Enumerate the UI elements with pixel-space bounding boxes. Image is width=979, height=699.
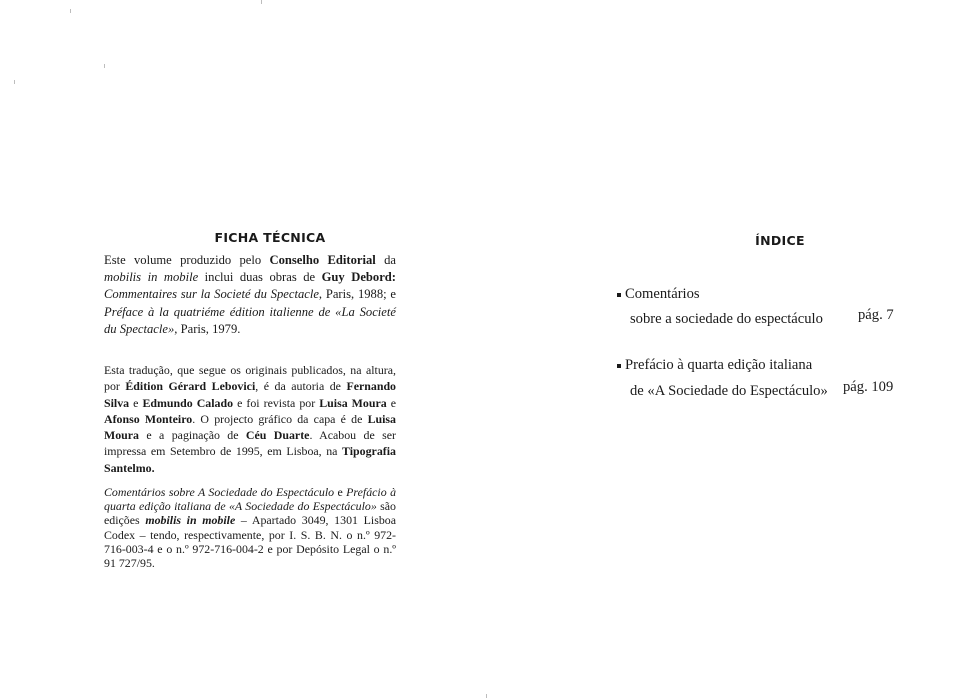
scan-speck bbox=[261, 0, 262, 4]
publisher-name: Conselho Editorial bbox=[269, 253, 375, 267]
text: e bbox=[334, 485, 346, 499]
imprint-name: mobilis in mobile bbox=[104, 270, 198, 284]
toc-entry-1-title[interactable]: Comentários bbox=[617, 286, 700, 303]
text: , Paris, 1979. bbox=[174, 322, 240, 336]
credits-paragraph-1: Este volume produzido pelo Conselho Edit… bbox=[104, 252, 396, 338]
text: e foi revista por bbox=[233, 396, 319, 410]
toc-entry-line: Comentários bbox=[625, 286, 700, 302]
toc-entry-2-title[interactable]: Prefácio à quarta edição italiana bbox=[617, 357, 812, 374]
layout-name: Céu Duarte bbox=[246, 428, 310, 442]
text: inclui duas obras de bbox=[198, 270, 321, 284]
work-title: Comentários sobre A Sociedade do Espectá… bbox=[104, 485, 334, 499]
scan-speck bbox=[104, 64, 105, 68]
text: e bbox=[129, 396, 142, 410]
toc-entry-1-subtitle: sobre a sociedade do espectáculo bbox=[630, 311, 823, 328]
reviewer-name: Luisa Moura bbox=[319, 396, 386, 410]
text: e a paginação de bbox=[139, 428, 246, 442]
toc-entry-line: de «A Sociedade do Espectáculo» bbox=[630, 383, 828, 399]
text: , Paris, 1988; e bbox=[319, 287, 396, 301]
ficha-tecnica-heading: FICHA TÉCNICA bbox=[104, 230, 396, 245]
reviewer-name: Afonso Monteiro bbox=[104, 412, 192, 426]
scan-speck bbox=[14, 80, 15, 84]
credits-paragraph-2: Esta tradução, que segue os originais pu… bbox=[104, 362, 396, 476]
work-title: Préface à la quatriéme édition italienne… bbox=[104, 305, 396, 336]
indice-heading: ÍNDICE bbox=[700, 233, 860, 248]
text: e bbox=[387, 396, 396, 410]
toc-entry-line: Prefácio à quarta edição italiana bbox=[625, 357, 812, 373]
toc-entry-line: sobre a sociedade do espectáculo bbox=[630, 311, 823, 327]
bullet-icon bbox=[617, 364, 621, 368]
translator-name: Edmundo Calado bbox=[142, 396, 233, 410]
text: . O projecto gráfico da capa é de bbox=[192, 412, 367, 426]
credits-paragraph-3: Comentários sobre A Sociedade do Espectá… bbox=[104, 485, 396, 570]
ficha-tecnica-column: FICHA TÉCNICA Este volume produzido pelo… bbox=[104, 230, 396, 338]
toc-entry-2-page[interactable]: pág. 109 bbox=[843, 379, 893, 396]
text: da bbox=[376, 253, 396, 267]
toc-entry-2-subtitle: de «A Sociedade do Espectáculo» bbox=[630, 383, 828, 400]
imprint-name: mobilis in mobile bbox=[145, 513, 235, 527]
work-title: Commentaires sur la Societé du Spectacle bbox=[104, 287, 319, 301]
scan-speck bbox=[70, 9, 71, 13]
text: Este volume produzido pelo bbox=[104, 253, 269, 267]
text: , é da autoria de bbox=[255, 379, 346, 393]
toc-entry-1-page[interactable]: pág. 7 bbox=[858, 307, 894, 324]
bullet-icon bbox=[617, 293, 621, 297]
author-name: Guy Debord: bbox=[322, 270, 396, 284]
scan-speck bbox=[486, 694, 487, 698]
original-publisher: Édition Gérard Lebovici bbox=[125, 379, 255, 393]
